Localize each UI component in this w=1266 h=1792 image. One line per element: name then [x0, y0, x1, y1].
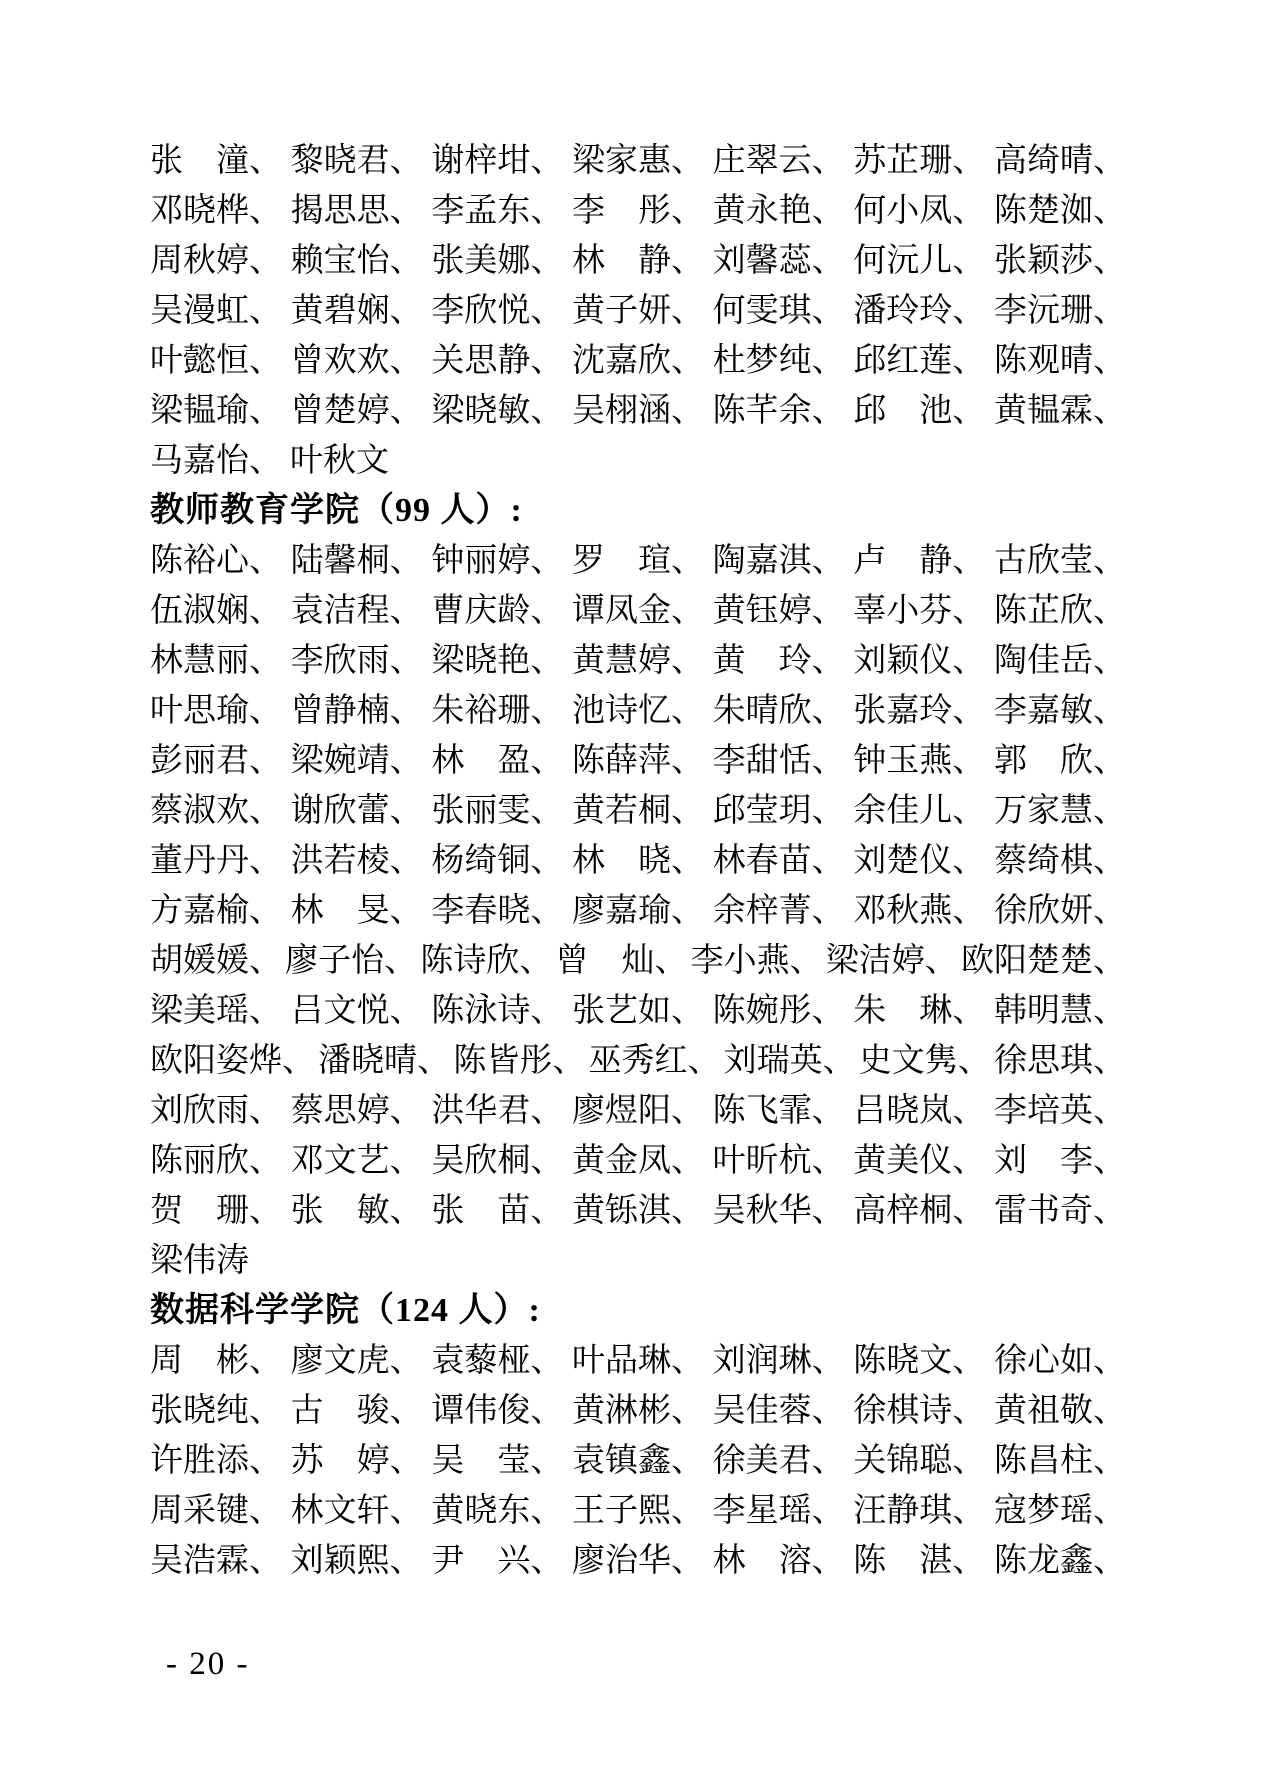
person-name: 廖嘉瑜、	[572, 886, 704, 936]
person-name: 黄美仪、	[853, 1136, 985, 1186]
person-name: 李孟东、	[431, 186, 563, 236]
page-number: - 20 -	[166, 1646, 249, 1683]
person-name: 蔡淑欢、	[150, 786, 282, 836]
person-name: 蔡思婷、	[291, 1086, 423, 1136]
person-name: 邓秋燕、	[853, 886, 985, 936]
person-name: 陈观晴、	[994, 336, 1126, 386]
person-name: 陈芷欣、	[994, 586, 1126, 636]
person-name: 叶思瑜、	[150, 686, 282, 736]
name-row: 梁美瑶、吕文悦、陈泳诗、张艺如、陈婉彤、朱 琳、韩明慧、	[150, 986, 1126, 1036]
person-name: 潘晓晴、	[318, 1036, 450, 1086]
person-name: 廖煜阳、	[572, 1086, 704, 1136]
person-name: 黎晓君、	[291, 136, 423, 186]
person-name: 张 潼、	[150, 136, 282, 186]
person-name: 林 旻、	[291, 886, 423, 936]
person-name: 李嘉敏、	[994, 686, 1126, 736]
person-name: 吴欣桐、	[431, 1136, 563, 1186]
name-row: 胡媛媛、廖子怡、陈诗欣、曾 灿、李小燕、梁洁婷、欧阳楚楚、	[150, 936, 1126, 986]
person-name: 叶懿恒、	[150, 336, 282, 386]
person-name: 刘润琳、	[713, 1336, 845, 1386]
person-name: 李欣悦、	[431, 286, 563, 336]
person-name: 叶昕杭、	[713, 1136, 845, 1186]
person-name: 万家慧、	[994, 786, 1126, 836]
person-name: 梁婉靖、	[291, 736, 423, 786]
person-name: 张美娜、	[431, 236, 563, 286]
person-name: 王子熙、	[572, 1486, 704, 1536]
person-name: 曾欢欢、	[291, 336, 423, 386]
name-row: 彭丽君、梁婉靖、林 盈、陈薛萍、李甜恬、钟玉燕、郭 欣、	[150, 736, 1126, 786]
name-row: 梁伟涛	[150, 1236, 1126, 1286]
person-name: 韩明慧、	[994, 986, 1126, 1036]
person-name: 钟丽婷、	[431, 536, 563, 586]
name-row: 梁韫瑜、曾楚婷、梁晓敏、吴栩涵、陈芊余、邱 池、黄韫霖、	[150, 386, 1126, 436]
person-name: 黄金凤、	[572, 1136, 704, 1186]
person-name: 刘颖仪、	[853, 636, 985, 686]
person-name: 何沅儿、	[853, 236, 985, 286]
person-name: 周 彬、	[150, 1336, 282, 1386]
person-name: 刘瑞英、	[724, 1036, 856, 1086]
section-header: 教师教育学院（99 人）:	[150, 486, 1126, 536]
name-row: 周采键、林文轩、黄晓东、王子熙、李星瑶、汪静琪、寇梦瑶、	[150, 1486, 1126, 1536]
person-name: 池诗忆、	[572, 686, 704, 736]
person-name: 辜小芬、	[853, 586, 985, 636]
person-name: 陈诗欣、	[420, 936, 552, 986]
person-name: 古欣莹、	[994, 536, 1126, 586]
name-row: 周 彬、廖文虎、袁藜桠、叶品琳、刘润琳、陈晓文、徐心如、	[150, 1336, 1126, 1386]
person-name: 史文隽、	[859, 1036, 991, 1086]
person-name: 林 盈、	[431, 736, 563, 786]
person-name: 张晓纯、	[150, 1386, 282, 1436]
person-name: 廖治华、	[572, 1536, 704, 1586]
person-name: 吕晓岚、	[853, 1086, 985, 1136]
person-name: 梁晓敏、	[431, 386, 563, 436]
person-name: 曾静楠、	[291, 686, 423, 736]
document-page: 张 潼、黎晓君、谢梓坩、梁家惠、庄翠云、苏芷珊、高绮晴、邓晓桦、揭思思、李孟东、…	[0, 0, 1266, 1792]
person-name: 李 彤、	[572, 186, 704, 236]
person-name: 张 敏、	[291, 1186, 423, 1236]
person-name: 雷书奇、	[994, 1186, 1126, 1236]
person-name: 林春苗、	[713, 836, 845, 886]
person-name: 高绮晴、	[994, 136, 1126, 186]
person-name: 汪静琪、	[853, 1486, 985, 1536]
name-row: 吴漫虹、黄碧娴、李欣悦、黄子妍、何雯琪、潘玲玲、李沅珊、	[150, 286, 1126, 336]
name-row: 叶思瑜、曾静楠、朱裕珊、池诗忆、朱晴欣、张嘉玲、李嘉敏、	[150, 686, 1126, 736]
person-name: 黄钰婷、	[713, 586, 845, 636]
name-row: 张晓纯、古 骏、谭伟俊、黄淋彬、吴佳蓉、徐棋诗、黄祖敬、	[150, 1386, 1126, 1436]
section-header: 数据科学学院（124 人）:	[150, 1286, 1126, 1336]
person-name: 梁韫瑜、	[150, 386, 282, 436]
person-name: 谭凤金、	[572, 586, 704, 636]
person-name: 洪若棱、	[291, 836, 423, 886]
person-name: 苏 婷、	[291, 1436, 423, 1486]
person-name: 廖子怡、	[285, 936, 417, 986]
person-name: 余佳儿、	[853, 786, 985, 836]
person-name: 关锦聪、	[853, 1436, 985, 1486]
person-name: 伍淑娴、	[150, 586, 282, 636]
person-name: 陈晓文、	[853, 1336, 985, 1386]
person-name: 胡媛媛、	[150, 936, 282, 986]
person-name: 黄慧婷、	[572, 636, 704, 686]
name-row: 蔡淑欢、谢欣蕾、张丽雯、黄若桐、邱莹玥、余佳儿、万家慧、	[150, 786, 1126, 836]
person-name: 廖文虎、	[291, 1336, 423, 1386]
person-name: 梁洁婷、	[826, 936, 958, 986]
person-name: 叶秋文	[290, 436, 389, 486]
person-name: 寇梦瑶、	[994, 1486, 1126, 1536]
person-name: 陈飞霏、	[713, 1086, 845, 1136]
person-name: 梁晓艳、	[431, 636, 563, 686]
name-row: 吴浩霖、刘颖熙、尹 兴、廖治华、林 溶、陈 湛、陈龙鑫、	[150, 1536, 1126, 1586]
person-name: 李培英、	[994, 1086, 1126, 1136]
person-name: 郭 欣、	[994, 736, 1126, 786]
person-name: 林 静、	[572, 236, 704, 286]
person-name: 马嘉怡、	[150, 436, 282, 486]
name-row: 马嘉怡、叶秋文	[150, 436, 1126, 486]
person-name: 徐美君、	[713, 1436, 845, 1486]
person-name: 吴栩涵、	[572, 386, 704, 436]
person-name: 黄碧娴、	[291, 286, 423, 336]
person-name: 陶佳岳、	[994, 636, 1126, 686]
person-name: 关思静、	[431, 336, 563, 386]
name-row: 欧阳姿烨、潘晓晴、陈皆彤、巫秀红、刘瑞英、史文隽、徐思琪、	[150, 1036, 1126, 1086]
person-name: 陈裕心、	[150, 536, 282, 586]
person-name: 钟玉燕、	[853, 736, 985, 786]
person-name: 张嘉玲、	[853, 686, 985, 736]
person-name: 黄若桐、	[572, 786, 704, 836]
person-name: 徐心如、	[994, 1336, 1126, 1386]
person-name: 陈芊余、	[713, 386, 845, 436]
name-row: 陈裕心、陆馨桐、钟丽婷、罗 瑄、陶嘉淇、卢 静、古欣莹、	[150, 536, 1126, 586]
person-name: 朱晴欣、	[713, 686, 845, 736]
person-name: 张艺如、	[572, 986, 704, 1036]
person-name: 黄淋彬、	[572, 1386, 704, 1436]
person-name: 邓文艺、	[291, 1136, 423, 1186]
person-name: 蔡绮棋、	[994, 836, 1126, 886]
person-name: 李小燕、	[691, 936, 823, 986]
person-name: 吴佳蓉、	[713, 1386, 845, 1436]
person-name: 陈 湛、	[853, 1536, 985, 1586]
name-row: 许胜添、苏 婷、吴 莹、袁镇鑫、徐美君、关锦聪、陈昌柱、	[150, 1436, 1126, 1486]
person-name: 吕文悦、	[291, 986, 423, 1036]
person-name: 吴秋华、	[713, 1186, 845, 1236]
person-name: 周秋婷、	[150, 236, 282, 286]
person-name: 徐棋诗、	[853, 1386, 985, 1436]
person-name: 刘楚仪、	[853, 836, 985, 886]
person-name: 黄 玲、	[713, 636, 845, 686]
person-name: 吴漫虹、	[150, 286, 282, 336]
person-name: 潘玲玲、	[853, 286, 985, 336]
name-row: 周秋婷、赖宝怡、张美娜、林 静、刘馨蕊、何沅儿、张颖莎、	[150, 236, 1126, 286]
name-row: 林慧丽、李欣雨、梁晓艳、黄慧婷、黄 玲、刘颖仪、陶佳岳、	[150, 636, 1126, 686]
person-name: 袁洁程、	[291, 586, 423, 636]
person-name: 朱 琳、	[853, 986, 985, 1036]
person-name: 林慧丽、	[150, 636, 282, 686]
person-name: 吴浩霖、	[150, 1536, 282, 1586]
person-name: 林文轩、	[291, 1486, 423, 1536]
person-name: 黄子妍、	[572, 286, 704, 336]
name-row: 刘欣雨、蔡思婷、洪华君、廖煜阳、陈飞霏、吕晓岚、李培英、	[150, 1086, 1126, 1136]
person-name: 邓晓桦、	[150, 186, 282, 236]
person-name: 张颖莎、	[994, 236, 1126, 286]
person-name: 刘欣雨、	[150, 1086, 282, 1136]
person-name: 张 苗、	[431, 1186, 563, 1236]
person-name: 曾 灿、	[555, 936, 687, 986]
person-name: 沈嘉欣、	[572, 336, 704, 386]
name-row: 邓晓桦、揭思思、李孟东、李 彤、黄永艳、何小凤、陈楚洳、	[150, 186, 1126, 236]
person-name: 刘颖熙、	[291, 1536, 423, 1586]
person-name: 黄永艳、	[713, 186, 845, 236]
person-name: 黄韫霖、	[994, 386, 1126, 436]
person-name: 欧阳姿烨、	[150, 1036, 315, 1086]
person-name: 欧阳楚楚、	[961, 936, 1126, 986]
person-name: 彭丽君、	[150, 736, 282, 786]
name-row: 方嘉榆、林 旻、李春晓、廖嘉瑜、余梓菁、邓秋燕、徐欣妍、	[150, 886, 1126, 936]
person-name: 洪华君、	[431, 1086, 563, 1136]
person-name: 杨绮铜、	[431, 836, 563, 886]
person-name: 陈楚洳、	[994, 186, 1126, 236]
person-name: 陈丽欣、	[150, 1136, 282, 1186]
person-name: 陈龙鑫、	[994, 1536, 1126, 1586]
person-name: 贺 珊、	[150, 1186, 282, 1236]
person-name: 方嘉榆、	[150, 886, 282, 936]
person-name: 陈薛萍、	[572, 736, 704, 786]
person-name: 谢梓坩、	[431, 136, 563, 186]
person-name: 庄翠云、	[713, 136, 845, 186]
person-name: 袁藜桠、	[431, 1336, 563, 1386]
person-name: 黄晓东、	[431, 1486, 563, 1536]
person-name: 徐欣妍、	[994, 886, 1126, 936]
person-name: 陆馨桐、	[291, 536, 423, 586]
person-name: 叶品琳、	[572, 1336, 704, 1386]
person-name: 邱红莲、	[853, 336, 985, 386]
person-name: 邱 池、	[853, 386, 985, 436]
person-name: 巫秀红、	[588, 1036, 720, 1086]
person-name: 张丽雯、	[431, 786, 563, 836]
person-name: 梁家惠、	[572, 136, 704, 186]
person-name: 陈皆彤、	[453, 1036, 585, 1086]
person-name: 袁镇鑫、	[572, 1436, 704, 1486]
name-row: 贺 珊、张 敏、张 苗、黄铄淇、吴秋华、高梓桐、雷书奇、	[150, 1186, 1126, 1236]
person-name: 赖宝怡、	[291, 236, 423, 286]
person-name: 黄祖敬、	[994, 1386, 1126, 1436]
person-name: 谢欣蕾、	[291, 786, 423, 836]
person-name: 高梓桐、	[853, 1186, 985, 1236]
person-name: 谭伟俊、	[431, 1386, 563, 1436]
name-list: 张 潼、黎晓君、谢梓坩、梁家惠、庄翠云、苏芷珊、高绮晴、邓晓桦、揭思思、李孟东、…	[150, 136, 1126, 1586]
name-row: 董丹丹、洪若棱、杨绮铜、林 晓、林春苗、刘楚仪、蔡绮棋、	[150, 836, 1126, 886]
person-name: 朱裕珊、	[431, 686, 563, 736]
person-name: 林 溶、	[713, 1536, 845, 1586]
person-name: 黄铄淇、	[572, 1186, 704, 1236]
person-name: 李甜恬、	[713, 736, 845, 786]
name-row: 陈丽欣、邓文艺、吴欣桐、黄金凤、叶昕杭、黄美仪、刘 李、	[150, 1136, 1126, 1186]
name-row: 伍淑娴、袁洁程、曹庆龄、谭凤金、黄钰婷、辜小芬、陈芷欣、	[150, 586, 1126, 636]
person-name: 许胜添、	[150, 1436, 282, 1486]
person-name: 罗 瑄、	[572, 536, 704, 586]
person-name: 刘 李、	[994, 1136, 1126, 1186]
person-name: 李沅珊、	[994, 286, 1126, 336]
name-row: 张 潼、黎晓君、谢梓坩、梁家惠、庄翠云、苏芷珊、高绮晴、	[150, 136, 1126, 186]
person-name: 李欣雨、	[291, 636, 423, 686]
person-name: 曹庆龄、	[431, 586, 563, 636]
person-name: 董丹丹、	[150, 836, 282, 886]
person-name: 杜梦纯、	[713, 336, 845, 386]
person-name: 李星瑶、	[713, 1486, 845, 1536]
person-name: 何雯琪、	[713, 286, 845, 336]
person-name: 徐思琪、	[994, 1036, 1126, 1086]
person-name: 刘馨蕊、	[713, 236, 845, 286]
person-name: 卢 静、	[853, 536, 985, 586]
person-name: 尹 兴、	[431, 1536, 563, 1586]
name-row: 叶懿恒、曾欢欢、关思静、沈嘉欣、杜梦纯、邱红莲、陈观晴、	[150, 336, 1126, 386]
person-name: 林 晓、	[572, 836, 704, 886]
person-name: 梁伟涛	[150, 1236, 249, 1286]
person-name: 邱莹玥、	[713, 786, 845, 836]
person-name: 李春晓、	[431, 886, 563, 936]
person-name: 揭思思、	[291, 186, 423, 236]
person-name: 苏芷珊、	[853, 136, 985, 186]
person-name: 周采键、	[150, 1486, 282, 1536]
person-name: 梁美瑶、	[150, 986, 282, 1036]
person-name: 陈昌柱、	[994, 1436, 1126, 1486]
person-name: 何小凤、	[853, 186, 985, 236]
person-name: 陈婉彤、	[713, 986, 845, 1036]
person-name: 陈泳诗、	[431, 986, 563, 1036]
person-name: 古 骏、	[291, 1386, 423, 1436]
person-name: 曾楚婷、	[291, 386, 423, 436]
person-name: 吴 莹、	[431, 1436, 563, 1486]
person-name: 陶嘉淇、	[713, 536, 845, 586]
person-name: 余梓菁、	[713, 886, 845, 936]
